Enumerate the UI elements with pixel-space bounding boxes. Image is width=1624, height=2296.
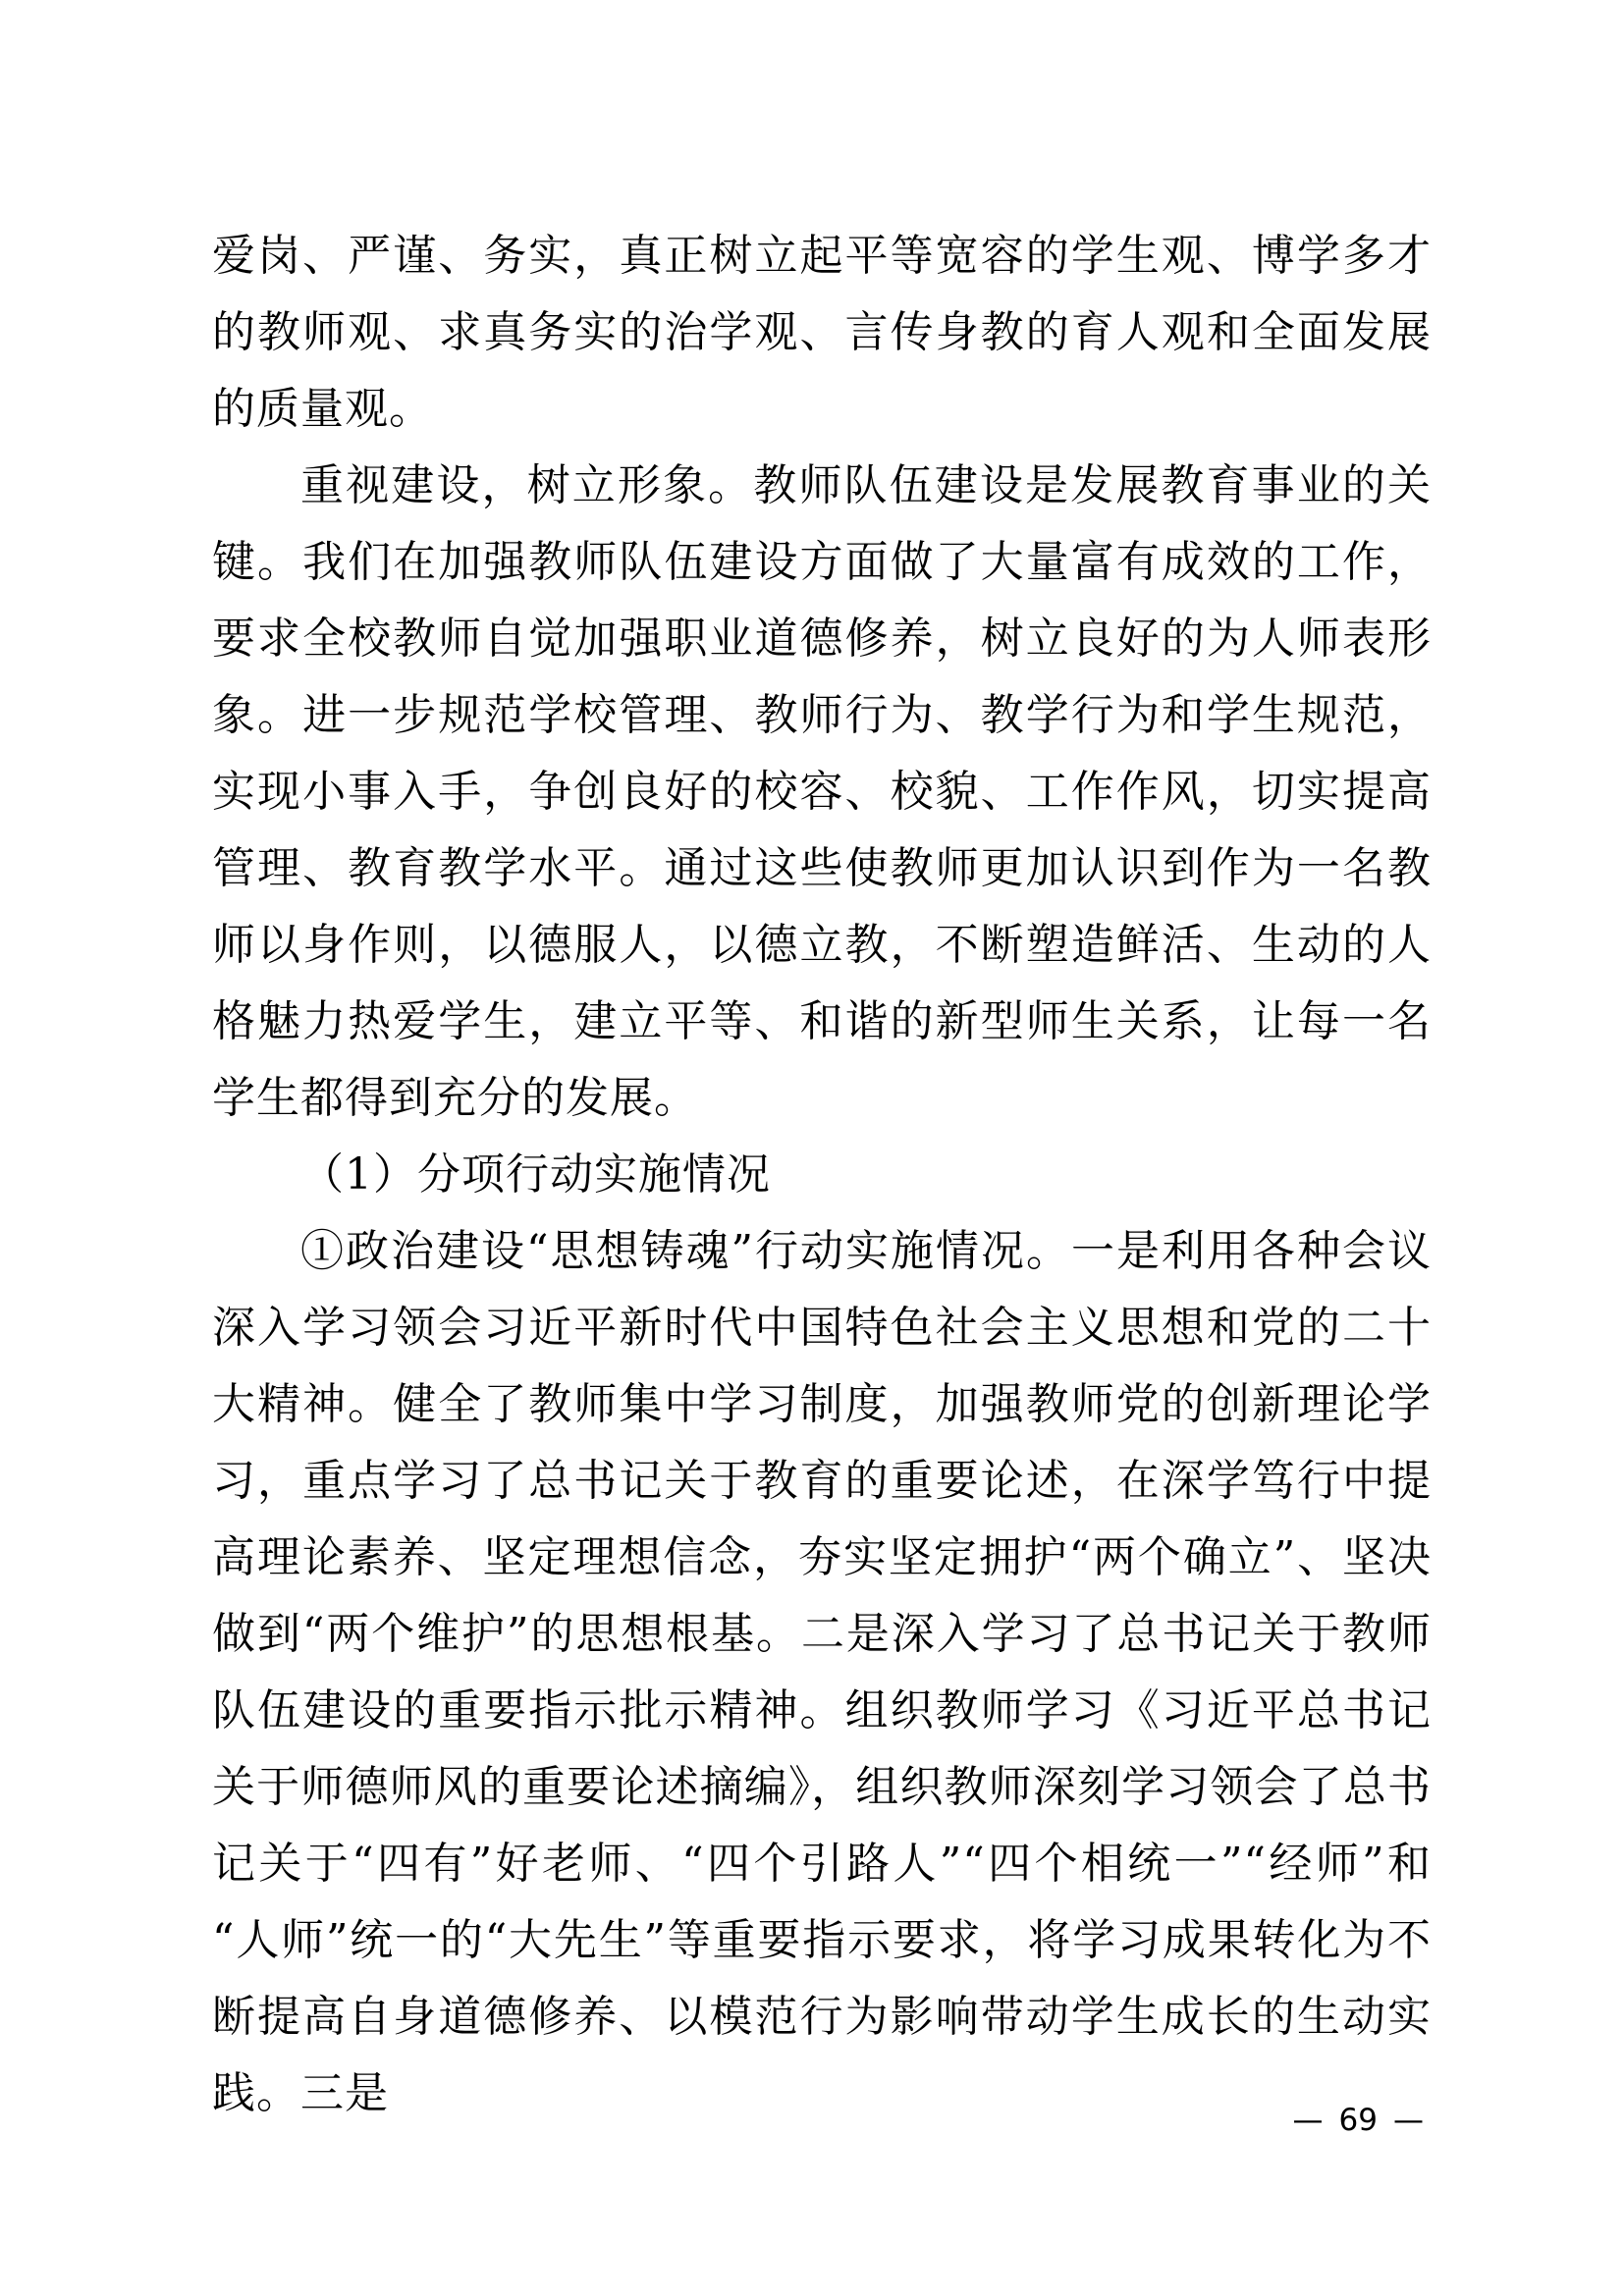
paragraph-teacher-team-building: 重视建设，树立形象。教师队伍建设是发展教育事业的关键。我们在加强教师队伍建设方面… (212, 448, 1432, 1137)
heading-sub-action-implementation: （1）分项行动实施情况 (212, 1137, 1432, 1213)
document-page: 爱岗、严谨、务实，真正树立起平等宽容的学生观、博学多才的教师观、求真务实的治学观… (0, 0, 1624, 2296)
footer-page-number: 69 (1339, 2101, 1378, 2140)
page-number: — 69 — (1293, 2101, 1424, 2140)
footer-dash-left: — (1293, 2101, 1324, 2140)
paragraph-quality-view: 爱岗、严谨、务实，真正树立起平等宽容的学生观、博学多才的教师观、求真务实的治学观… (212, 218, 1432, 448)
footer-dash-right: — (1393, 2101, 1424, 2140)
paragraph-political-construction: ①政治建设“思想铸魂”行动实施情况。一是利用各种会议深入学习领会习近平新时代中国… (212, 1213, 1432, 2132)
body-text: 爱岗、严谨、务实，真正树立起平等宽容的学生观、博学多才的教师观、求真务实的治学观… (212, 218, 1432, 2132)
